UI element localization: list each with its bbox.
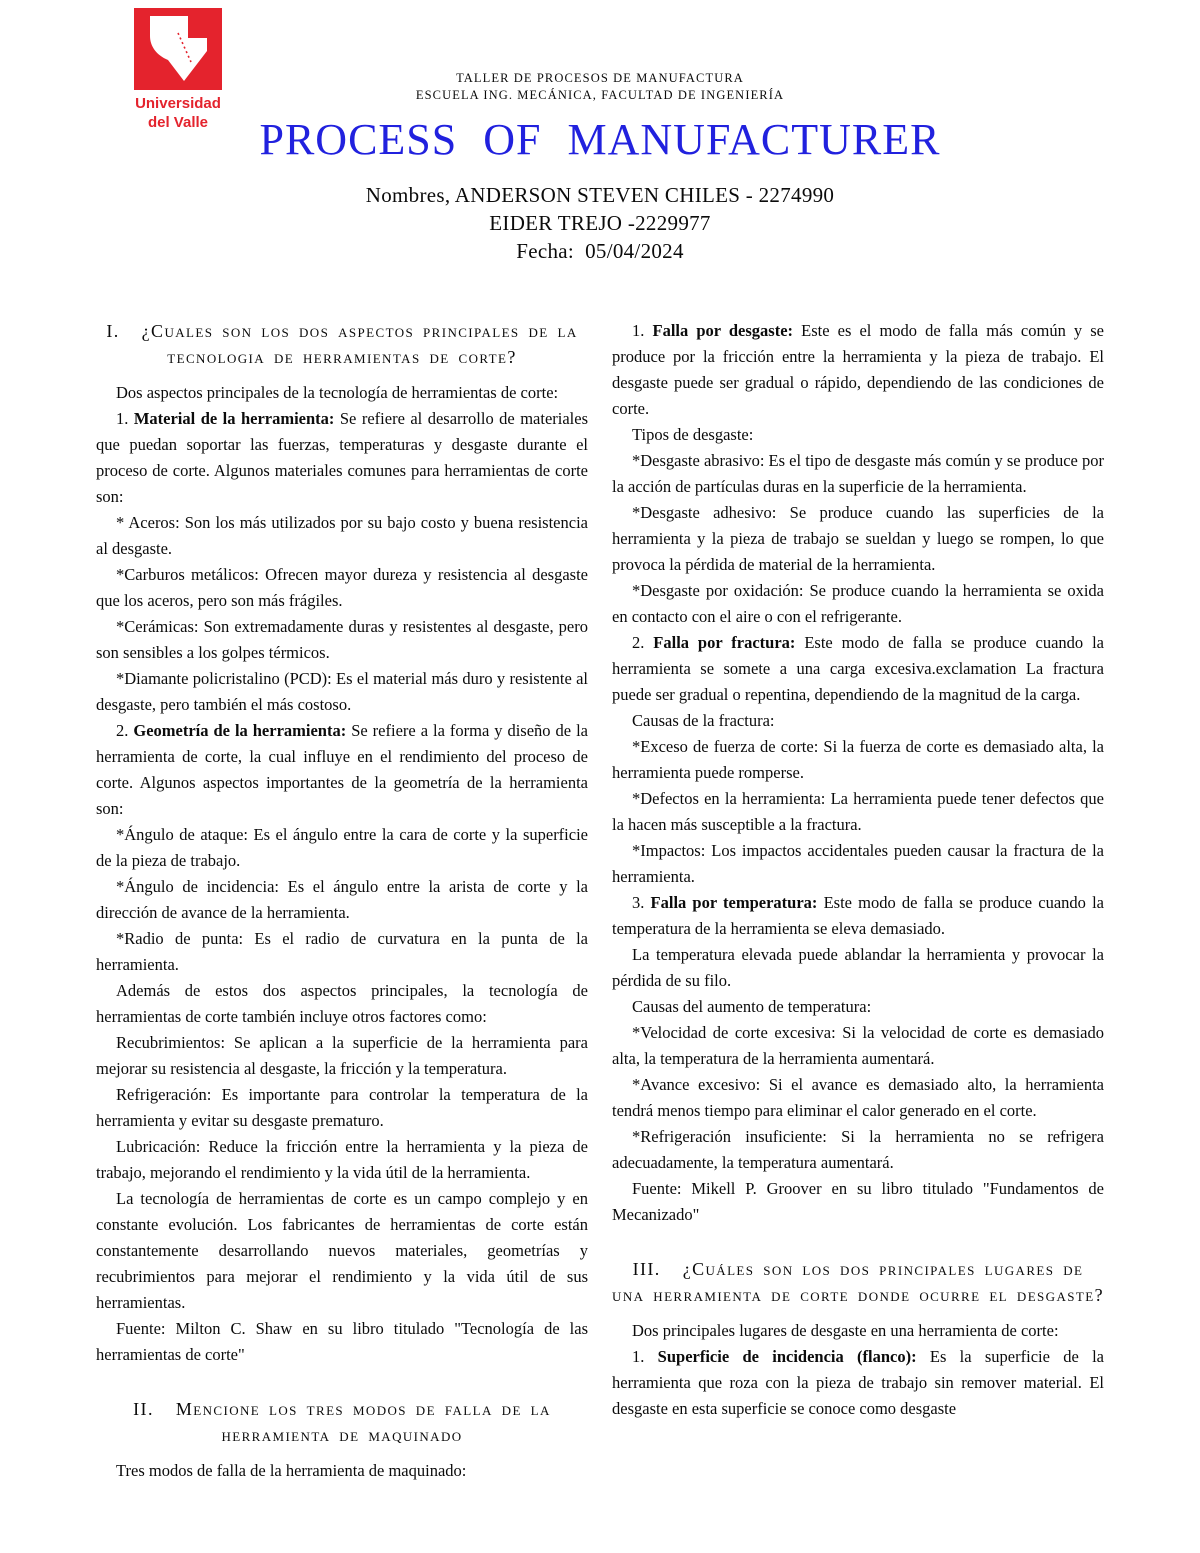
section-heading: II.Mencione los tres modos de falla de l…: [96, 1396, 588, 1448]
paragraph-lead: Falla por temperatura:: [651, 893, 818, 912]
paragraph: *Ángulo de incidencia: Es el ángulo entr…: [96, 874, 588, 926]
paragraph: *Desgaste adhesivo: Se produce cuando la…: [612, 500, 1104, 578]
paragraph: *Desgaste por oxidación: Se produce cuan…: [612, 578, 1104, 630]
author-line-2: EIDER TREJO -2229977: [0, 209, 1200, 237]
document-page: Universidad del Valle TALLER DE PROCESOS…: [0, 0, 1200, 1553]
paragraph: *Carburos metálicos: Ofrecen mayor durez…: [96, 562, 588, 614]
paragraph: *Refrigeración insuficiente: Si la herra…: [612, 1124, 1104, 1176]
document-body: I.¿Cuales son los dos aspectos principal…: [96, 318, 1104, 1484]
paragraph: *Desgaste abrasivo: Es el tipo de desgas…: [612, 448, 1104, 500]
paragraph: 1. Superficie de incidencia (flanco): Es…: [612, 1344, 1104, 1422]
paragraph: 2. Falla por fractura: Este modo de fall…: [612, 630, 1104, 708]
paragraph: *Impactos: Los impactos accidentales pue…: [612, 838, 1104, 890]
section-numeral: II.: [133, 1399, 154, 1419]
left-column: I.¿Cuales son los dos aspectos principal…: [96, 318, 588, 1484]
paragraph: *Radio de punta: Es el radio de curvatur…: [96, 926, 588, 978]
paragraph: La temperatura elevada puede ablandar la…: [612, 942, 1104, 994]
paragraph: Fuente: Mikell P. Groover en su libro ti…: [612, 1176, 1104, 1228]
paragraph: *Velocidad de corte excesiva: Si la velo…: [612, 1020, 1104, 1072]
section-title: ¿Cuales son los dos aspectos principales…: [142, 321, 578, 367]
university-logo: Universidad del Valle: [120, 8, 236, 133]
right-column: 1. Falla por desgaste: Este es el modo d…: [612, 318, 1104, 1484]
paragraph-lead: Superficie de incidencia (flanco):: [658, 1347, 917, 1366]
paragraph: Dos aspectos principales de la tecnologí…: [96, 380, 588, 406]
author-line-1: Nombres, ANDERSON STEVEN CHILES - 227499…: [0, 181, 1200, 209]
paragraph: Causas de la fractura:: [612, 708, 1104, 734]
university-logo-icon: [134, 8, 222, 90]
paragraph: La tecnología de herramientas de corte e…: [96, 1186, 588, 1316]
paragraph: *Cerámicas: Son extremadamente duras y r…: [96, 614, 588, 666]
section-title: ¿Cuáles son los dos principales lugares …: [612, 1259, 1104, 1305]
date-line: Fecha: 05/04/2024: [0, 237, 1200, 265]
paragraph: *Avance excesivo: Si el avance es demasi…: [612, 1072, 1104, 1124]
paragraph-lead: Falla por fractura:: [653, 633, 795, 652]
paragraph: Además de estos dos aspectos principales…: [96, 978, 588, 1030]
paragraph: 2. Geometría de la herramienta: Se refie…: [96, 718, 588, 822]
paragraph: *Diamante policristalino (PCD): Es el ma…: [96, 666, 588, 718]
paragraph: 1. Falla por desgaste: Este es el modo d…: [612, 318, 1104, 422]
section-heading: III.¿Cuáles son los dos principales luga…: [612, 1256, 1104, 1308]
paragraph: Dos principales lugares de desgaste en u…: [612, 1318, 1104, 1344]
section-numeral: III.: [633, 1259, 661, 1279]
paragraph: 1. Material de la herramienta: Se refier…: [96, 406, 588, 510]
paragraph: 3. Falla por temperatura: Este modo de f…: [612, 890, 1104, 942]
paragraph: *Defectos en la herramienta: La herramie…: [612, 786, 1104, 838]
paragraph: Lubricación: Reduce la fricción entre la…: [96, 1134, 588, 1186]
paragraph: * Aceros: Son los más utilizados por su …: [96, 510, 588, 562]
paragraph: Tres modos de falla de la herramienta de…: [96, 1458, 588, 1484]
paragraph: Tipos de desgaste:: [612, 422, 1104, 448]
paragraph: Fuente: Milton C. Shaw en su libro titul…: [96, 1316, 588, 1368]
paragraph: Causas del aumento de temperatura:: [612, 994, 1104, 1020]
paragraph-lead: Geometría de la herramienta:: [133, 721, 346, 740]
section-title: Mencione los tres modos de falla de la h…: [176, 1399, 551, 1445]
paragraph: Recubrimientos: Se aplican a la superfic…: [96, 1030, 588, 1082]
paragraph: *Ángulo de ataque: Es el ángulo entre la…: [96, 822, 588, 874]
logo-name-line2: del Valle: [120, 114, 236, 133]
paragraph-lead: Material de la herramienta:: [134, 409, 335, 428]
paragraph: Refrigeración: Es importante para contro…: [96, 1082, 588, 1134]
section-numeral: I.: [106, 321, 119, 341]
paragraph-lead: Falla por desgaste:: [652, 321, 793, 340]
logo-name-line1: Universidad: [120, 95, 236, 114]
section-heading: I.¿Cuales son los dos aspectos principal…: [96, 318, 588, 370]
paragraph: *Exceso de fuerza de corte: Si la fuerza…: [612, 734, 1104, 786]
